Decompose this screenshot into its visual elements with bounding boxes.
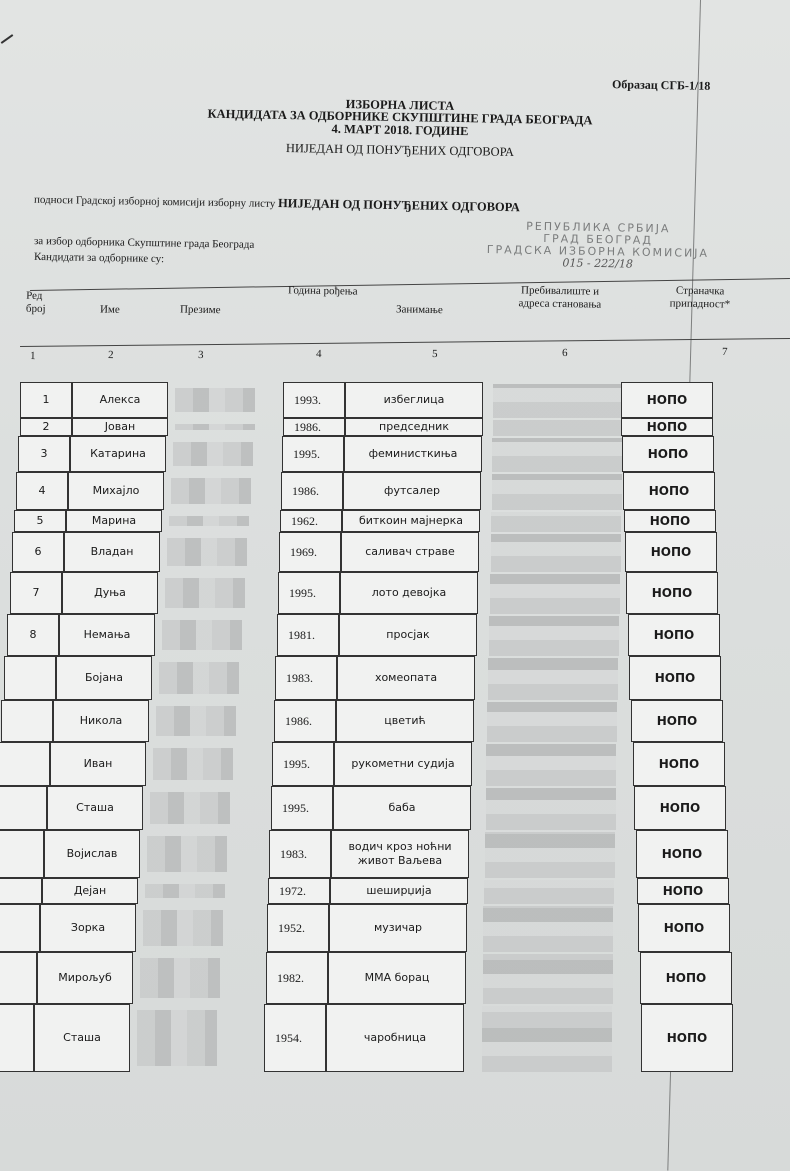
redacted-address (491, 534, 621, 572)
column-header: Презиме (180, 303, 240, 317)
occupation: саливач страве (341, 532, 479, 572)
redacted-surname (169, 516, 249, 526)
column-number: 7 (722, 346, 728, 358)
party-affiliation: НОПО (626, 572, 718, 614)
occupation: хомеопата (337, 656, 475, 700)
candidate-first-name: Марина (66, 510, 162, 532)
redacted-address (489, 616, 619, 656)
redacted-surname (156, 706, 236, 736)
redacted-surname (153, 748, 233, 780)
occupation: цветић (336, 700, 474, 742)
occupation: просјак (339, 614, 477, 656)
party-affiliation: НОПО (629, 656, 721, 700)
redacted-surname (171, 478, 251, 504)
occupation: биткоин мајнерка (342, 510, 480, 532)
occupation: водич кроз ноћни живот Ваљева (331, 830, 469, 878)
row-number: 4 (16, 472, 68, 510)
birth-year: 1962. (280, 510, 342, 532)
birth-year: 1995. (282, 436, 344, 472)
redacted-surname (159, 662, 239, 694)
column-number: 6 (562, 347, 568, 359)
row-number (4, 656, 56, 700)
candidate-first-name: Бојана (56, 656, 152, 700)
row-number: 3 (18, 436, 70, 472)
column-header: Ред број (26, 290, 56, 317)
row-number: 6 (12, 532, 64, 572)
row-number (0, 742, 50, 786)
row-number: 8 (7, 614, 59, 656)
row-number: 2 (20, 418, 72, 436)
occupation: футсалер (343, 472, 481, 510)
row-number (0, 830, 44, 878)
form-code: Образац СГБ-1/18 (612, 77, 711, 94)
redacted-surname (173, 442, 253, 466)
redacted-address (486, 744, 616, 786)
redacted-surname (137, 1010, 217, 1066)
candidate-first-name: Зорка (40, 904, 136, 952)
row-number (1, 700, 53, 742)
redacted-surname (167, 538, 247, 566)
candidate-first-name: Војислав (44, 830, 140, 878)
party-affiliation: НОПО (640, 952, 732, 1004)
row-number: 7 (10, 572, 62, 614)
column-header: Година рођења (288, 284, 358, 298)
candidate-first-name: Иван (50, 742, 146, 786)
candidate-first-name: Михајло (68, 472, 164, 510)
column-header: Занимање (396, 303, 466, 317)
redacted-address (484, 880, 614, 904)
column-header: Пребивалиште и адреса становања (505, 284, 615, 312)
candidate-first-name: Мирољуб (37, 952, 133, 1004)
occupation: феминисткиња (344, 436, 482, 472)
party-affiliation: НОПО (634, 786, 726, 830)
candidate-first-name: Владан (64, 532, 160, 572)
party-affiliation: НОПО (624, 510, 716, 532)
redacted-address (485, 832, 615, 878)
redacted-surname (175, 424, 255, 430)
party-affiliation: НОПО (636, 830, 728, 878)
redacted-surname (162, 620, 242, 650)
redacted-address (486, 788, 616, 830)
candidate-first-name: Јован (72, 418, 168, 436)
row-number (0, 786, 47, 830)
birth-year: 1995. (271, 786, 333, 830)
redacted-address (493, 384, 623, 418)
birth-year: 1969. (279, 532, 341, 572)
party-affiliation: НОПО (622, 436, 714, 472)
birth-year: 1952. (267, 904, 329, 952)
candidate-first-name: Сташа (47, 786, 143, 830)
birth-year: 1983. (275, 656, 337, 700)
redacted-address (483, 954, 613, 1004)
birth-year: 1993. (283, 382, 345, 418)
birth-year: 1981. (277, 614, 339, 656)
birth-year: 1972. (268, 878, 330, 904)
redacted-address (493, 420, 623, 436)
row-number: 1 (20, 382, 72, 418)
birth-year: 1954. (264, 1004, 326, 1072)
column-header: Име (100, 303, 160, 317)
party-affiliation: НОПО (637, 878, 729, 904)
column-number: 4 (316, 348, 322, 360)
candidate-first-name: Немања (59, 614, 155, 656)
redacted-surname (143, 910, 223, 946)
column-number: 3 (198, 349, 204, 361)
redacted-address (492, 474, 622, 510)
row-number (0, 904, 40, 952)
redacted-address (490, 574, 620, 614)
redacted-surname (150, 792, 230, 824)
column-number: 1 (30, 350, 36, 362)
party-affiliation: НОПО (628, 614, 720, 656)
row-number: 5 (14, 510, 66, 532)
party-affiliation: НОПО (621, 382, 713, 418)
party-affiliation: НОПО (623, 472, 715, 510)
redacted-surname (140, 958, 220, 998)
candidate-first-name: Сташа (34, 1004, 130, 1072)
party-affiliation: НОПО (641, 1004, 733, 1072)
redacted-address (488, 658, 618, 700)
party-affiliation: НОПО (638, 904, 730, 952)
redacted-address (483, 906, 613, 952)
birth-year: 1986. (281, 472, 343, 510)
official-stamp: РЕПУБЛИКА СРБИЈА ГРАД БЕОГРАД ГРАДСКА ИЗ… (478, 220, 719, 272)
party-affiliation: НОПО (633, 742, 725, 786)
redacted-address (487, 702, 617, 742)
occupation: чаробница (326, 1004, 464, 1072)
occupation: баба (333, 786, 471, 830)
party-affiliation: НОПО (625, 532, 717, 572)
column-number: 2 (108, 349, 114, 361)
birth-year: 1986. (283, 418, 345, 436)
row-number (0, 878, 42, 904)
candidate-first-name: Никола (53, 700, 149, 742)
redacted-surname (145, 884, 225, 898)
birth-year: 1982. (266, 952, 328, 1004)
column-number: 5 (432, 348, 438, 360)
occupation: музичар (329, 904, 467, 952)
redacted-address (492, 438, 622, 472)
occupation: ММА борац (328, 952, 466, 1004)
occupation: рукометни судија (334, 742, 472, 786)
redacted-surname (147, 836, 227, 872)
column-header: Страначка припадност* (655, 284, 745, 312)
candidate-first-name: Алекса (72, 382, 168, 418)
submission-line-3: Кандидати за одборнике су: (34, 251, 164, 265)
birth-year: 1983. (269, 830, 331, 878)
occupation: шеширџија (330, 878, 468, 904)
candidate-first-name: Дејан (42, 878, 138, 904)
party-affiliation: НОПО (631, 700, 723, 742)
redacted-surname (165, 578, 245, 608)
occupation: избеглица (345, 382, 483, 418)
birth-year: 1986. (274, 700, 336, 742)
occupation: лото девојка (340, 572, 478, 614)
birth-year: 1995. (278, 572, 340, 614)
row-number (0, 1004, 34, 1072)
redacted-address (482, 1006, 612, 1072)
occupation: председник (345, 418, 483, 436)
row-number (0, 952, 37, 1004)
redacted-address (491, 512, 621, 532)
birth-year: 1995. (272, 742, 334, 786)
candidate-first-name: Дуња (62, 572, 158, 614)
candidate-first-name: Катарина (70, 436, 166, 472)
party-affiliation: НОПО (621, 418, 713, 436)
list-name: НИЈЕДАН ОД ПОНУЂЕНИХ ОДГОВОРА (278, 196, 520, 214)
redacted-surname (175, 388, 255, 412)
